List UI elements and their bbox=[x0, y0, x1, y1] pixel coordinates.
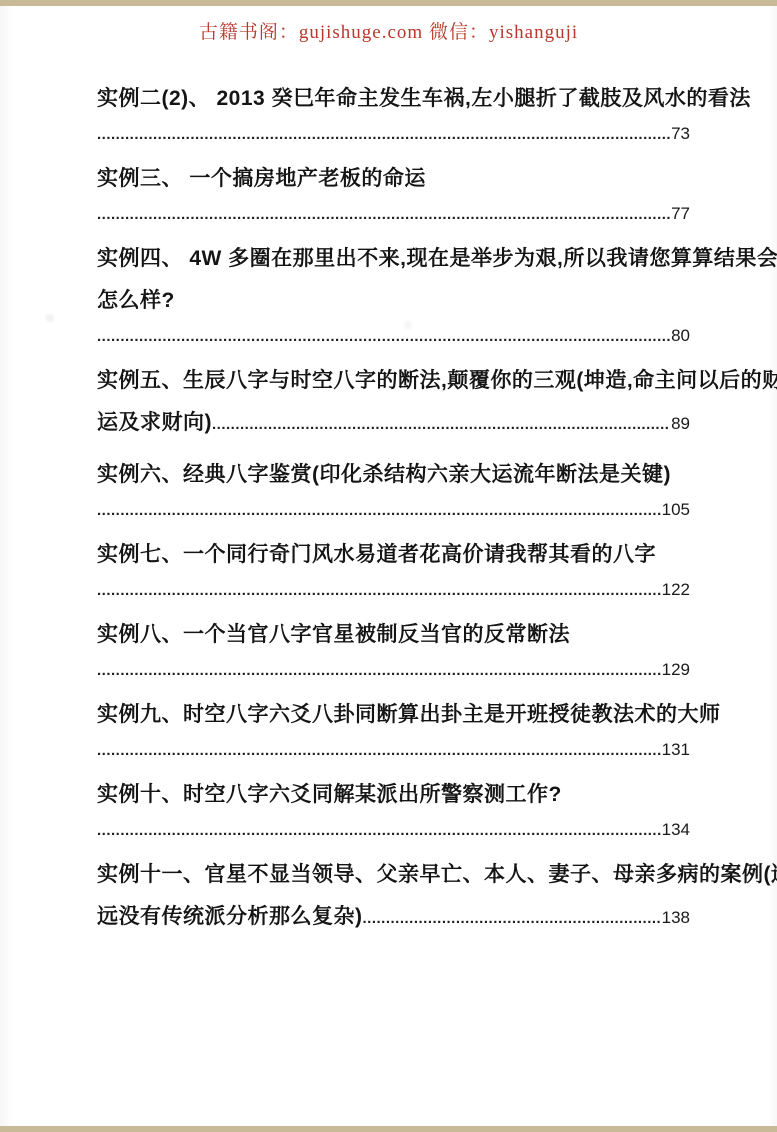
toc-entry-title-line: 实例五、生辰八字与时空八字的断法,颠覆你的三观(坤造,命主问以后的财 bbox=[97, 360, 690, 402]
toc-leader-line: 远没有传统派分析那么复杂)...........................… bbox=[97, 896, 690, 938]
toc-entry-title-line: 实例六、经典八字鉴赏(印化杀结构六亲大运流年断法是关键) bbox=[97, 454, 690, 496]
toc-page-number: 105 bbox=[661, 496, 690, 524]
toc-page-number: 131 bbox=[661, 736, 690, 764]
toc-entry-title-line: 远没有传统派分析那么复杂) bbox=[97, 896, 363, 938]
toc-entry: 实例七、一个同行奇门风水易道者花高价请我帮其看的八字..............… bbox=[97, 534, 690, 604]
bottom-border-bar bbox=[0, 1126, 777, 1132]
toc-page-number: 77 bbox=[670, 200, 690, 228]
toc-leader-line: ........................................… bbox=[97, 496, 690, 524]
watermark-text: 古籍书阁：gujishuge.com 微信：yishanguji bbox=[199, 17, 578, 44]
toc-leader-dots: ........................................… bbox=[97, 737, 661, 765]
toc-entry-title-line: 实例七、一个同行奇门风水易道者花高价请我帮其看的八字 bbox=[97, 534, 690, 576]
toc-leader-dots: ........................................… bbox=[97, 323, 670, 351]
toc-leader-dots: ........................................… bbox=[363, 898, 661, 940]
toc-leader-line: 运及求财向)..................................… bbox=[97, 402, 690, 444]
toc: 实例二(2)、 2013 癸巳年命主发生车祸,左小腿折了截肢及风水的看法....… bbox=[0, 52, 777, 938]
toc-leader-dots: ........................................… bbox=[97, 657, 661, 685]
toc-leader-line: ........................................… bbox=[97, 576, 690, 604]
toc-leader-line: ........................................… bbox=[97, 322, 690, 350]
toc-entry: 实例八、一个当官八字官星被制反当官的反常断法..................… bbox=[97, 614, 690, 684]
top-border-bar bbox=[0, 0, 777, 6]
toc-entry: 实例四、 4W 多圈在那里出不来,现在是举步为艰,所以我请您算算结果会怎么样?.… bbox=[97, 238, 690, 350]
toc-leader-dots: ........................................… bbox=[97, 577, 661, 605]
toc-entry: 实例九、时空八字六爻八卦同断算出卦主是开班授徒教法术的大师...........… bbox=[97, 694, 690, 764]
toc-entry-title-line: 怎么样? bbox=[97, 280, 690, 322]
toc-entry-title-line: 实例八、一个当官八字官星被制反当官的反常断法 bbox=[97, 614, 690, 656]
toc-entry: 实例五、生辰八字与时空八字的断法,颠覆你的三观(坤造,命主问以后的财运及求财向)… bbox=[97, 360, 690, 444]
toc-page-number: 134 bbox=[661, 816, 690, 844]
toc-entry: 实例三、 一个搞房地产老板的命运........................… bbox=[97, 158, 690, 228]
toc-entry-title-line: 实例十一、官星不显当领导、父亲早亡、本人、妻子、母亲多病的案例(远 bbox=[97, 854, 690, 896]
toc-leader-line: ........................................… bbox=[97, 736, 690, 764]
toc-page-number: 73 bbox=[670, 120, 690, 148]
toc-leader-line: ........................................… bbox=[97, 120, 690, 148]
toc-leader-dots: ........................................… bbox=[212, 404, 670, 446]
toc-entry-title-line: 运及求财向) bbox=[97, 402, 212, 444]
toc-entry: 实例二(2)、 2013 癸巳年命主发生车祸,左小腿折了截肢及风水的看法....… bbox=[97, 78, 690, 148]
toc-leader-dots: ........................................… bbox=[97, 497, 661, 525]
toc-leader-line: ........................................… bbox=[97, 816, 690, 844]
toc-entry-title-line: 实例四、 4W 多圈在那里出不来,现在是举步为艰,所以我请您算算结果会 bbox=[97, 238, 690, 280]
toc-entry: 实例六、经典八字鉴赏(印化杀结构六亲大运流年断法是关键)............… bbox=[97, 454, 690, 524]
toc-page-number: 122 bbox=[661, 576, 690, 604]
toc-page-number: 129 bbox=[661, 656, 690, 684]
toc-page-number: 138 bbox=[661, 897, 690, 939]
toc-leader-line: ........................................… bbox=[97, 200, 690, 228]
toc-entry-title-line: 实例十、时空八字六爻同解某派出所警察测工作? bbox=[97, 774, 690, 816]
toc-leader-dots: ........................................… bbox=[97, 817, 661, 845]
toc-entry-title-line: 实例二(2)、 2013 癸巳年命主发生车祸,左小腿折了截肢及风水的看法 bbox=[97, 78, 690, 120]
toc-page-number: 89 bbox=[670, 403, 690, 445]
toc-entry: 实例十一、官星不显当领导、父亲早亡、本人、妻子、母亲多病的案例(远远没有传统派分… bbox=[97, 854, 690, 938]
toc-entry-title-line: 实例三、 一个搞房地产老板的命运 bbox=[97, 158, 690, 200]
scanned-page: 古籍书阁：gujishuge.com 微信：yishanguji 实例二(2)、… bbox=[0, 0, 777, 1132]
toc-leader-dots: ........................................… bbox=[97, 121, 670, 149]
toc-leader-line: ........................................… bbox=[97, 656, 690, 684]
toc-entry: 实例十、时空八字六爻同解某派出所警察测工作?..................… bbox=[97, 774, 690, 844]
watermark-header: 古籍书阁：gujishuge.com 微信：yishanguji bbox=[0, 8, 777, 52]
toc-page-number: 80 bbox=[670, 322, 690, 350]
toc-entry-title-line: 实例九、时空八字六爻八卦同断算出卦主是开班授徒教法术的大师 bbox=[97, 694, 690, 736]
toc-leader-dots: ........................................… bbox=[97, 201, 670, 229]
